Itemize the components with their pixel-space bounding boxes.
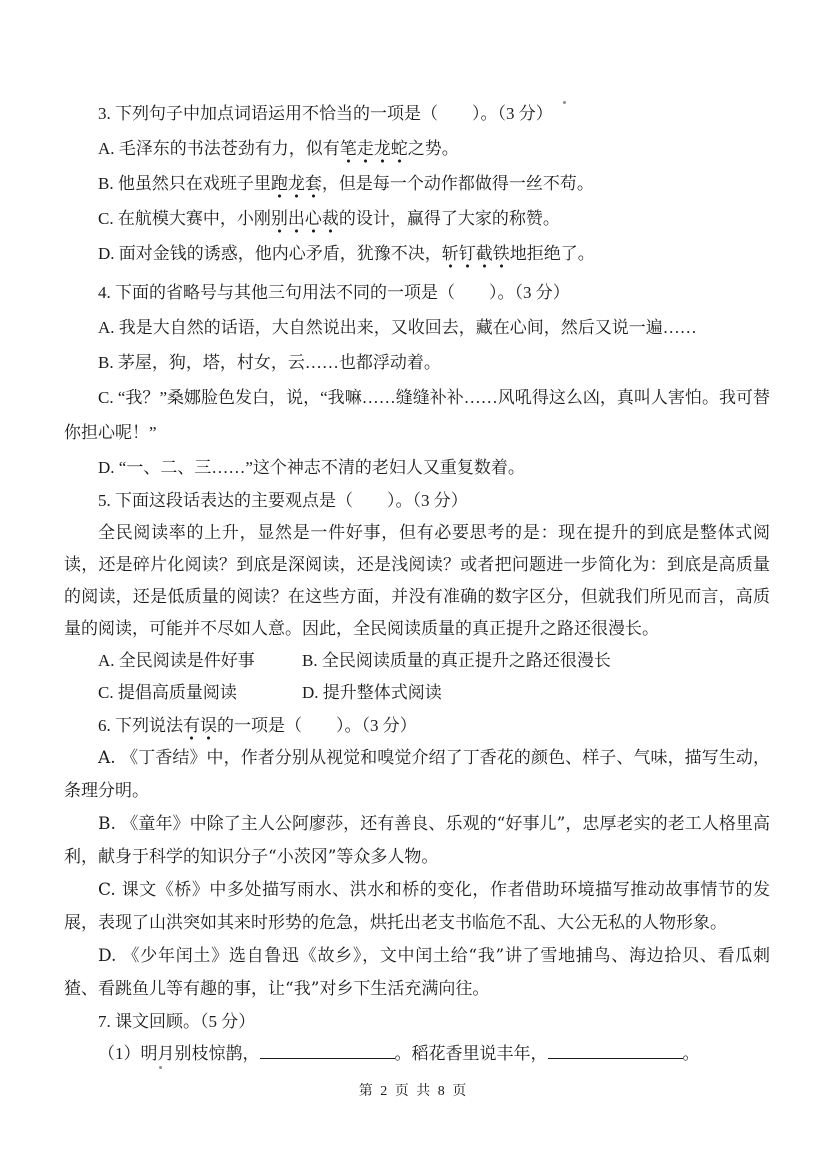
question-4-option-c: C. “我？”桑娜脸色发白，说，“我嘛……缝缝补补……风吼得这么凶，真叫人害怕。… xyxy=(64,380,770,450)
question-5-stem: 5. 下面这段话表达的主要观点是（ ）。（3 分） xyxy=(64,485,770,517)
q3-b-pre: B. 他虽然只在戏班子里 xyxy=(98,174,271,193)
question-3-option-a: A. 毛泽东的书法苍劲有力，似有笔走龙蛇之势。 xyxy=(64,131,770,166)
question-6-stem: 6. 下列说法有误的一项是（ ）。（3 分） xyxy=(64,709,770,742)
question-6-block: 6. 下列说法有误的一项是（ ）。（3 分） A. 《丁香结》中，作者分别从视觉… xyxy=(64,709,770,1006)
question-6-option-d: D. 《少年闰土》选自鲁迅《故乡》，文中闰土给“我”讲了雪地捕鸟、海边拾贝、看瓜… xyxy=(64,940,770,1006)
q3-c-pre: C. 在航模大赛中，小刚 xyxy=(98,209,271,228)
question-6-option-c: C. 课文《桥》中多处描写雨水、洪水和桥的变化，作者借助环境描写推动故事情节的发… xyxy=(64,874,770,940)
stray-mark xyxy=(159,1066,162,1069)
q6-stem-emphasized-word: 有误 xyxy=(183,716,217,740)
question-3-option-d: D. 面对金钱的诱惑，他内心矛盾，犹豫不决，斩钉截铁地拒绝了。 xyxy=(64,236,770,271)
question-4-option-a: A. 我是大自然的话语，大自然说出来，又收回去，藏在心间，然后又说一遍…… xyxy=(64,310,770,345)
question-5-block: 5. 下面这段话表达的主要观点是（ ）。（3 分） 全民阅读率的上升，显然是一件… xyxy=(64,485,770,709)
q3-c-emphasized-word: 别出心裁 xyxy=(271,209,339,233)
question-5-options-row-2: C. 提倡高质量阅读D. 提升整体式阅读 xyxy=(64,677,770,709)
exam-page: 3. 下列句子中加点词语运用不恰当的一项是（ ）。（3 分） A. 毛泽东的书法… xyxy=(0,0,827,1070)
q6-stem-pre: 6. 下列说法 xyxy=(98,716,183,735)
question-5-options-row-1: A. 全民阅读是件好事B. 全民阅读质量的真正提升之路还很漫长 xyxy=(64,645,770,677)
question-7-stem: 7. 课文回顾。（5 分） xyxy=(64,1006,770,1038)
question-3-option-c: C. 在航模大赛中，小刚别出心裁的设计，赢得了大家的称赞。 xyxy=(64,201,770,236)
answer-blank-2 xyxy=(548,1040,683,1059)
q3-a-emphasized-word: 笔走龙蛇 xyxy=(340,139,408,163)
question-3-block: 3. 下列句子中加点词语运用不恰当的一项是（ ）。（3 分） A. 毛泽东的书法… xyxy=(64,96,770,271)
question-3-option-b: B. 他虽然只在戏班子里跑龙套，但是每一个动作都做得一丝不苟。 xyxy=(64,166,770,201)
question-5-stem-text: 5. 下面这段话表达的主要观点是（ ）。（3 分） xyxy=(98,491,468,510)
q3-a-pre: A. 毛泽东的书法苍劲有力，似有 xyxy=(98,139,340,158)
q3-b-emphasized-word: 跑龙套 xyxy=(271,174,322,198)
question-7-item-1: （1）明月别枝惊鹊，。稻花香里说丰年，。 xyxy=(64,1038,770,1070)
question-4-stem-text: 4. 下面的省略号与其他三句用法不同的一项是（ ）。（3 分） xyxy=(98,283,570,302)
page-number-footer: 第 2 页 共 8 页 xyxy=(0,1080,827,1100)
question-6-option-a: A. 《丁香结》中，作者分别从视觉和嗅觉介绍了丁香花的颜色、样子、气味，描写生动… xyxy=(64,742,770,808)
q3-a-post: 之势。 xyxy=(408,139,459,158)
answer-blank-1 xyxy=(260,1040,395,1059)
question-5-passage: 全民阅读率的上升，显然是一件好事，但有必要思考的是：现在提升的到底是整体式阅读，… xyxy=(64,517,770,645)
question-4-option-d: D. “一、二、三……”这个神志不清的老妇人又重复数着。 xyxy=(64,450,770,485)
question-4-option-b: B. 茅屋，狗，塔，村女，云……也都浮动着。 xyxy=(64,345,770,380)
q7-item1-text-1: （1）明月别枝惊鹊， xyxy=(98,1044,260,1063)
question-4-block: 4. 下面的省略号与其他三句用法不同的一项是（ ）。（3 分） A. 我是大自然… xyxy=(64,275,770,485)
question-5-option-a: A. 全民阅读是件好事 xyxy=(98,645,302,677)
question-5-option-b: B. 全民阅读质量的真正提升之路还很漫长 xyxy=(302,651,611,670)
question-5-option-d: D. 提升整体式阅读 xyxy=(302,683,442,702)
question-6-option-b: B. 《童年》中除了主人公阿廖莎，还有善良、乐观的“好事儿”，忠厚老实的老工人格… xyxy=(64,808,770,874)
q7-item1-text-3: 。 xyxy=(683,1044,700,1063)
q3-d-emphasized-word: 斩钉截铁 xyxy=(442,244,510,268)
q3-b-post: ，但是每一个动作都做得一丝不苟。 xyxy=(322,174,594,193)
question-4-stem: 4. 下面的省略号与其他三句用法不同的一项是（ ）。（3 分） xyxy=(64,275,770,310)
question-3-stem-text: 3. 下列句子中加点词语运用不恰当的一项是（ ）。（3 分） xyxy=(98,104,553,123)
q3-d-pre: D. 面对金钱的诱惑，他内心矛盾，犹豫不决， xyxy=(98,244,442,263)
q7-item1-text-2: 。稻花香里说丰年， xyxy=(395,1044,548,1063)
question-7-block: 7. 课文回顾。（5 分） （1）明月别枝惊鹊，。稻花香里说丰年，。 xyxy=(64,1006,770,1070)
question-3-stem: 3. 下列句子中加点词语运用不恰当的一项是（ ）。（3 分） xyxy=(64,96,770,131)
question-5-option-c: C. 提倡高质量阅读 xyxy=(98,677,302,709)
q6-stem-post: 的一项是（ ）。（3 分） xyxy=(217,716,417,735)
q3-c-post: 的设计，赢得了大家的称赞。 xyxy=(339,209,560,228)
stray-mark xyxy=(563,101,566,104)
q3-d-post: 地拒绝了。 xyxy=(510,244,595,263)
